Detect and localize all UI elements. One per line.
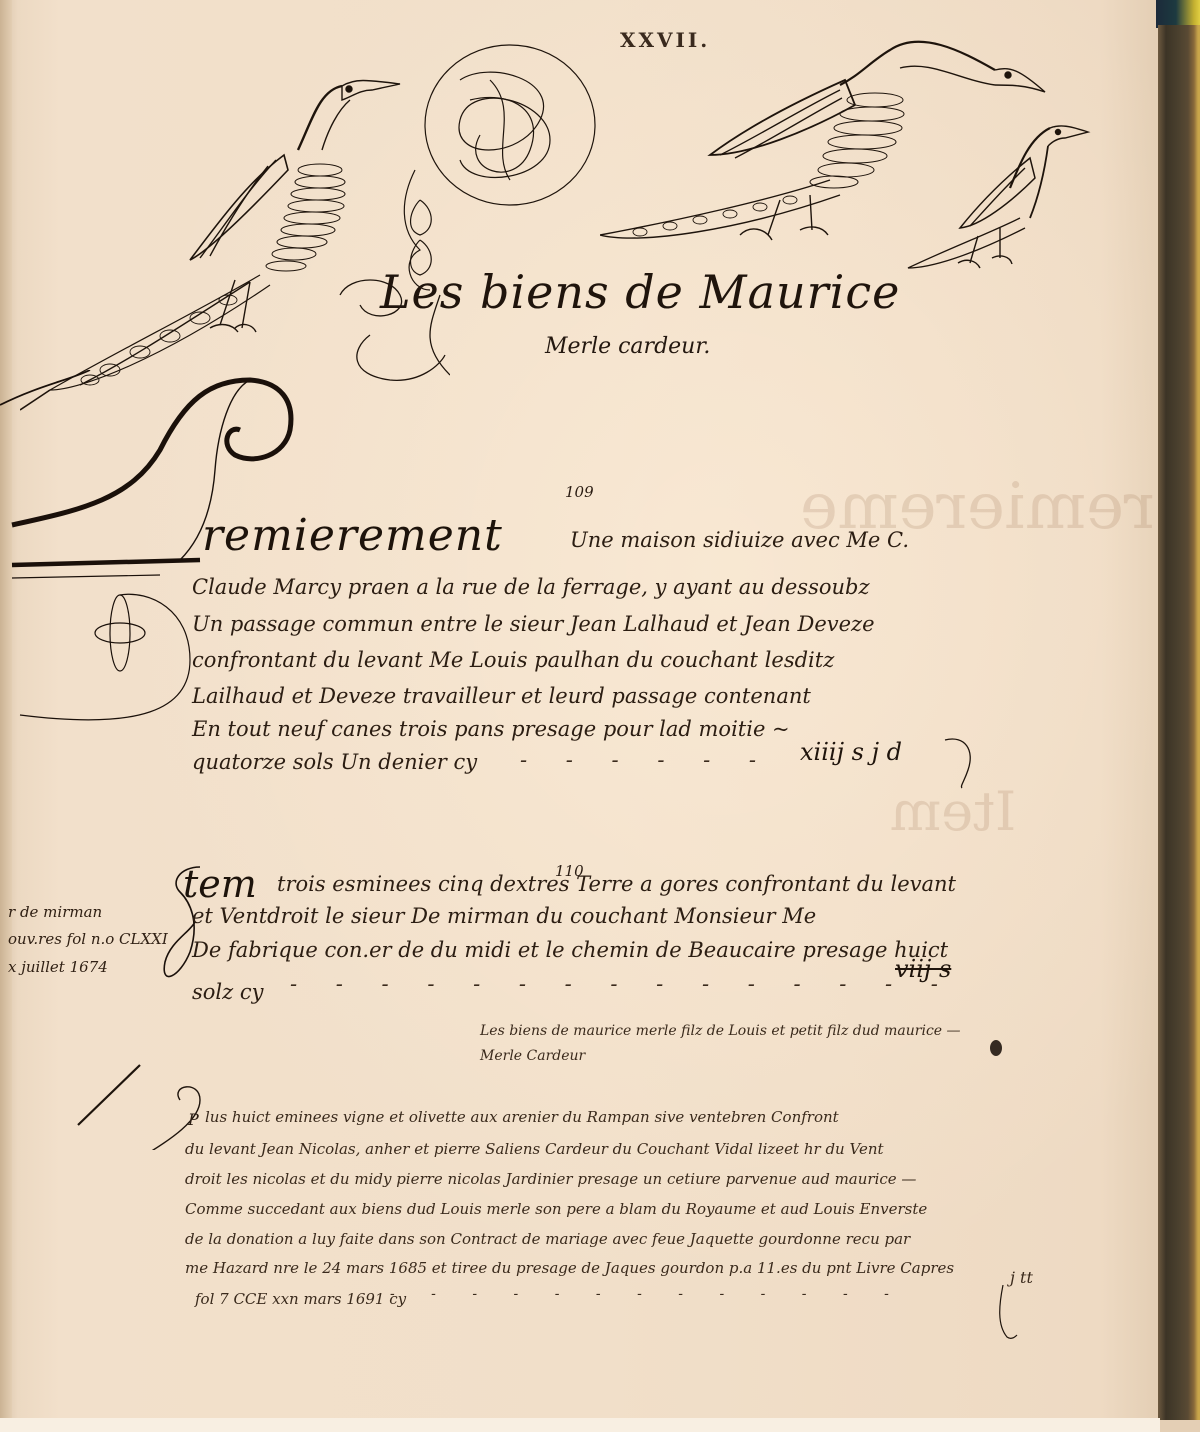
later-entry-line: lus huict eminees vigne et olivette aux … [205,1108,839,1126]
later-entry-line: Comme succedant aux biens dud Louis merl… [185,1200,927,1218]
entry-line: trois esminees cinq dextres Terre a gore… [277,872,956,896]
page-subheading: Merle cardeur. [545,334,710,359]
entry-line: Une maison sidiuize avec Me C. [570,528,909,552]
entry-line: Claude Marcy praen a la rue de la ferrag… [192,575,870,599]
later-entry-initial: P [188,1110,199,1129]
later-entry-line: fol 7 CCE xxn mars 1691 cy [195,1290,406,1308]
transfer-note-line: Merle Cardeur [480,1048,585,1064]
margin-note-line: r de mirman [8,900,102,925]
entry-line: Un passage commun entre le sieur Jean La… [192,612,875,636]
bleed-through-text: Item [890,780,1016,843]
bird-illustration-center-icon [600,30,1060,260]
dash-leader: - - - - - - [520,748,772,772]
entry-line: Lailhaud et Deveze travailleur et leurd … [192,684,811,708]
later-entry-line: de la donation a luy faite dans son Cont… [185,1230,910,1248]
entry-lead-word: tem [183,862,257,906]
dash-leader: - - - - - - - - - - - - - - - [290,972,954,996]
amount-bracket-icon [995,1285,1025,1340]
entry-lead-word: remierement [202,510,503,561]
entry-line: solz cy [192,980,264,1004]
ink-blot [990,1040,1002,1056]
book-page-edges [1158,25,1200,1420]
later-entry-line: du levant Jean Nicolas, anher et pierre … [185,1140,884,1158]
manuscript-page: remiereme Item XXVII. [0,0,1200,1432]
book-cover-corner [1156,0,1200,28]
entry-line: confrontant du levant Me Louis paulhan d… [192,648,834,672]
entry-line: En tout neuf canes trois pans presage po… [192,717,790,741]
entry-line: quatorze sols Un denier cy [192,750,477,774]
transfer-note-line: Les biens de maurice merle filz de Louis… [480,1023,961,1039]
amount-flourish-icon [940,730,980,790]
bird-illustration-left-icon [20,60,420,420]
entry-number: 109 [565,483,594,501]
margin-note-line: ouv.res fol n.o CLXXI [8,927,168,952]
entry-amount: viij s [895,955,951,983]
entry-amount: xiiij s j d [800,738,902,766]
bird-illustration-right-icon [900,118,1100,273]
page-bottom-edge [0,1418,1160,1432]
later-entry-line: droit les nicolas et du midy pierre nico… [185,1170,916,1188]
dash-leader: - - - - - - - - - - - - - [390,1286,905,1302]
later-entry-line: me Hazard nre le 24 mars 1685 et tiree d… [185,1259,954,1277]
page-heading: Les biens de Maurice [380,265,900,319]
folio-number: XXVII. [620,28,710,52]
entry-line: De fabrique con.er de du midi et le chem… [192,938,948,962]
later-entry-amount: j tt [1010,1268,1033,1287]
margin-note-line: x juillet 1674 [8,955,108,980]
later-entry-flourish-icon [70,1060,210,1150]
entry-line: et Ventdroit le sieur De mirman du couch… [192,904,816,928]
page-gutter [0,0,12,1432]
